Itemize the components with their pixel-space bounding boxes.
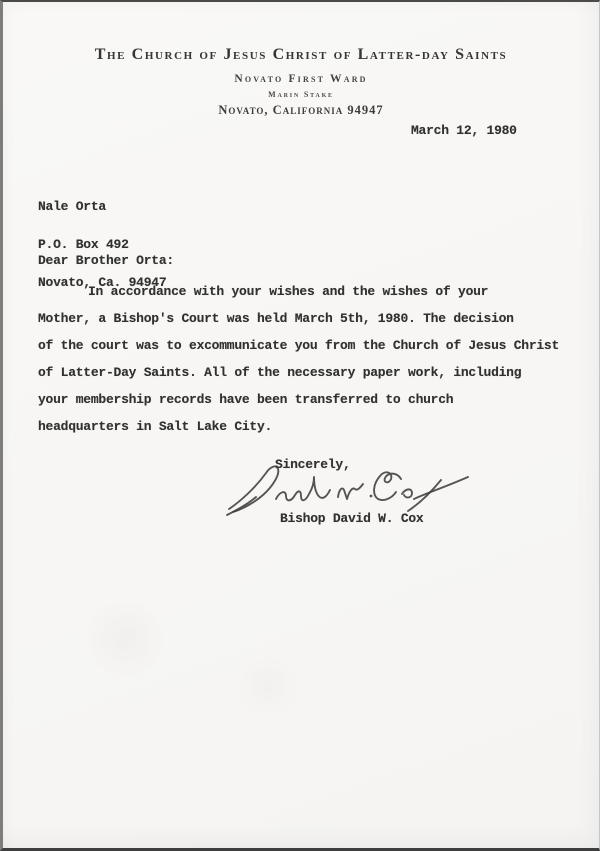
letter-body: In accordance with your wishes and the w… [38, 278, 583, 440]
recipient-name-line: Nale Orta [38, 201, 166, 214]
recipient-pobox-line: P.O. Box 492 [38, 239, 166, 252]
stake-name: Marin Stake [3, 90, 599, 99]
letterhead-city-line: Novato, California 94947 [3, 103, 599, 118]
church-name: The Church of Jesus Christ of Latter-day… [3, 46, 599, 64]
scanned-letter-page: The Church of Jesus Christ of Latter-day… [0, 0, 600, 851]
ward-name: Novato First Ward [3, 73, 599, 85]
letterhead: The Church of Jesus Christ of Latter-day… [3, 46, 599, 118]
body-line: of the court was to excommunicate you fr… [38, 332, 583, 359]
body-line: your membership records have been transf… [38, 386, 583, 413]
closing-sincerely: Sincerely, [275, 457, 351, 472]
date-line: March 12, 1980 [411, 123, 517, 138]
body-line: of Latter-Day Saints. All of the necessa… [38, 359, 583, 386]
salutation: Dear Brother Orta: [38, 253, 174, 268]
body-line: In accordance with your wishes and the w… [38, 278, 583, 305]
signer-name: Bishop David W. Cox [280, 511, 423, 526]
body-line: headquarters in Salt Lake City. [38, 413, 583, 440]
body-line: Mother, a Bishop's Court was held March … [38, 305, 583, 332]
